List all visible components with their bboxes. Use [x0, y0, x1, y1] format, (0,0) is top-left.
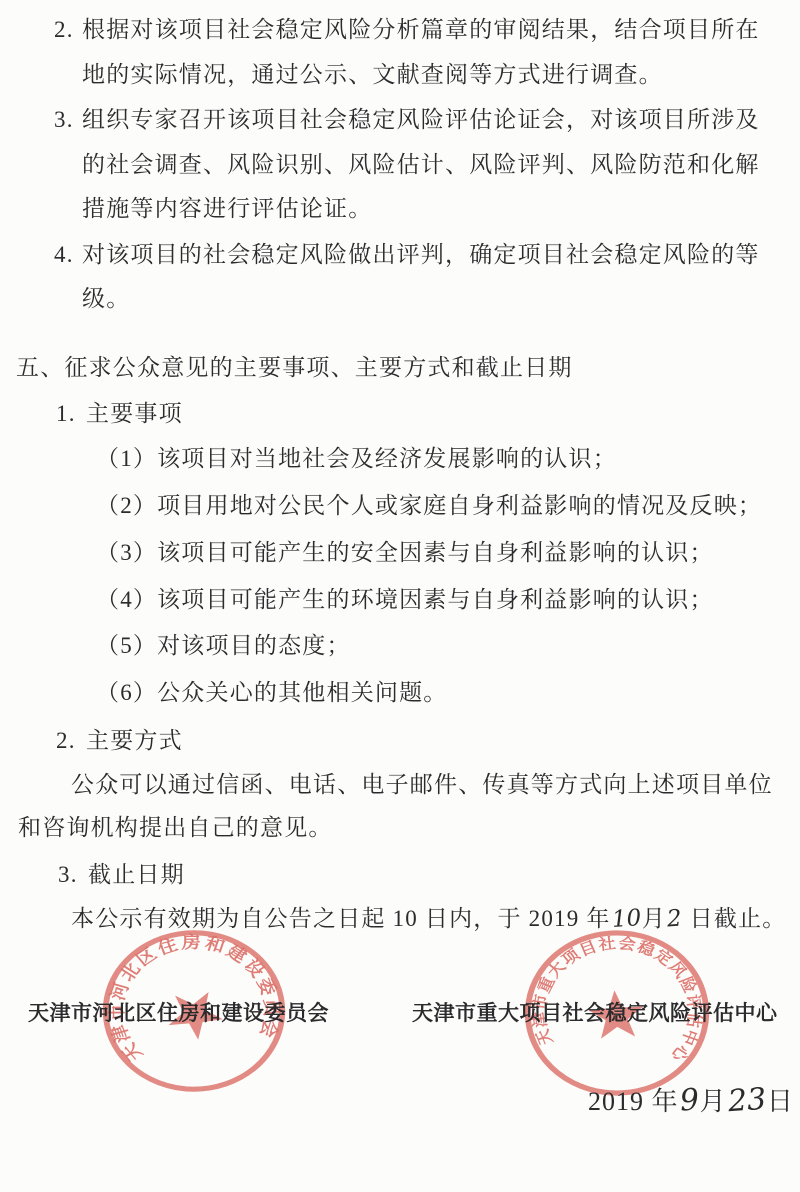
matter-item-3: （3）该项目可能产生的安全因素与自身利益影响的认识；: [96, 539, 714, 567]
deadline-month-unit: 月: [642, 906, 666, 931]
matter-item-2: （2）项目用地对公民个人或家庭自身利益影响的情况及反映；: [96, 492, 762, 520]
sub-3-title: 截止日期: [88, 861, 185, 889]
sub-1-number: 1.: [56, 400, 76, 428]
date-year: 2019 年: [588, 1087, 679, 1116]
matter-item-6: （6）公众关心的其他相关问题。: [96, 679, 448, 707]
date-month-handwritten: 9: [678, 1082, 699, 1118]
item-2-line-2: 地的实际情况，通过公示、文献查阅等方式进行调查。: [82, 61, 663, 89]
sub-2-number: 2.: [56, 727, 76, 755]
item-3-line-1: 组织专家召开该项目社会稳定风险评估论证会，对该项目所涉及: [82, 106, 760, 134]
methods-paragraph-line-1: 公众可以通过信函、电话、电子邮件、传真等方式向上述项目单位: [71, 771, 773, 799]
item-4-number: 4.: [54, 241, 74, 269]
item-2-number: 2.: [54, 16, 74, 44]
date-month-unit: 月: [700, 1087, 727, 1116]
date-day-unit: 日: [767, 1087, 794, 1116]
signature-date-line: 2019 年9月23日: [588, 1081, 794, 1118]
deadline-day-handwritten: 2: [666, 906, 683, 935]
deadline-prefix: 本公示有效期为自公告之日起 10 日内，于 2019 年: [71, 906, 611, 931]
left-organization-name: 天津市河北区住房和建设委员会: [28, 997, 329, 1027]
item-4-line-2: 级。: [82, 285, 130, 313]
date-day-handwritten: 23: [726, 1082, 767, 1120]
item-4-line-1: 对该项目的社会稳定风险做出评判，确定项目社会稳定风险的等: [82, 241, 760, 269]
item-2-line-1: 根据对该项目社会稳定风险分析篇章的审阅结果，结合项目所在: [82, 16, 760, 44]
matter-item-5: （5）对该项目的态度；: [96, 632, 351, 660]
matter-item-4: （4）该项目可能产生的环境因素与自身利益影响的认识；: [96, 586, 714, 614]
deadline-suffix: 日截止。: [683, 906, 787, 931]
item-3-number: 3.: [54, 106, 74, 134]
sub-3-number: 3.: [58, 861, 78, 889]
item-3-line-3: 措施等内容进行评估论证。: [82, 195, 372, 223]
methods-paragraph-line-2: 和咨询机构提出自己的意见。: [18, 814, 333, 842]
matter-item-1: （1）该项目对当地社会及经济发展影响的认识；: [96, 445, 617, 473]
sub-1-title: 主要事项: [86, 400, 183, 428]
sub-2-title: 主要方式: [86, 727, 183, 755]
item-3-line-2: 的社会调查、风险识别、风险估计、风险评判、风险防范和化解: [82, 151, 760, 179]
right-organization-name: 天津市重大项目社会稳定风险评估中心: [412, 997, 778, 1027]
deadline-month-handwritten: 10: [611, 905, 642, 935]
scanned-notice-page: 2. 根据对该项目社会稳定风险分析篇章的审阅结果，结合项目所在 地的实际情况，通…: [0, 0, 800, 1192]
deadline-line: 本公示有效期为自公告之日起 10 日内，于 2019 年10月2 日截止。: [71, 905, 786, 934]
section-5-heading: 五、征求公众意见的主要事项、主要方式和截止日期: [16, 354, 573, 382]
